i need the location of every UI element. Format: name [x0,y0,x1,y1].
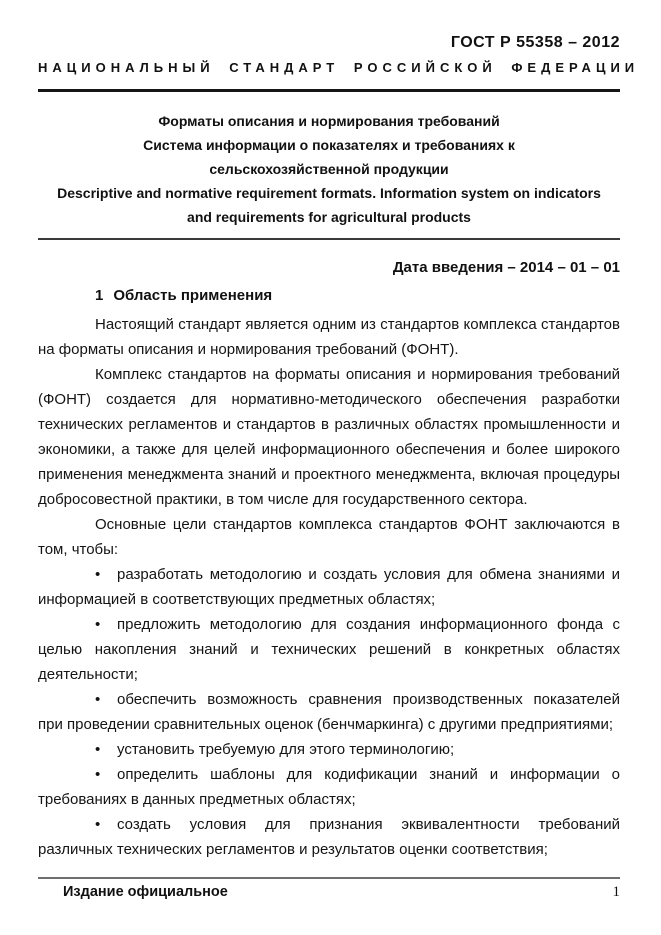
section-number: 1 [95,287,103,304]
bullet-item: •создать условия для признания эквивален… [38,812,620,862]
footer-note: Издание официальное [63,884,228,900]
paragraph: Настоящий стандарт является одним из ста… [38,312,620,362]
bullet-icon: • [95,812,117,837]
paragraph: Комплекс стандартов на форматы описания … [38,362,620,512]
page-number: 1 [613,884,621,901]
title-ru-line-2: Система информации о показателях и требо… [38,133,620,157]
title-ru-line-1: Форматы описания и нормирования требован… [38,109,620,133]
document-page: ГОСТ Р 55358 – 2012 НАЦИОНАЛЬНЫЙ СТАНДАР… [0,0,661,935]
bullet-icon: • [95,687,117,712]
title-block: Форматы описания и нормирования требован… [38,109,620,229]
title-en-line-2: and requirements for agricultural produc… [38,205,620,229]
header-rule [38,89,620,92]
paragraph: Основные цели стандартов комплекса станд… [38,512,620,562]
bullet-icon: • [95,562,117,587]
title-ru-line-3: сельскохозяйственной продукции [38,157,620,181]
bullet-text: создать условия для признания эквивалент… [38,816,620,858]
standard-type-label: НАЦИОНАЛЬНЫЙ СТАНДАРТ РОССИЙСКОЙ ФЕДЕРАЦ… [38,59,620,76]
bullet-item: •разработать методологию и создать услов… [38,562,620,612]
bullet-item: •определить шаблоны для кодификации знан… [38,762,620,812]
bullet-icon: • [95,612,117,637]
page-footer: Издание официальное 1 [38,877,620,901]
bullet-icon: • [95,762,117,787]
bullet-item: •установить требуемую для этого терминол… [38,737,620,762]
body-text: Настоящий стандарт является одним из ста… [38,312,620,862]
section-title: Область применения [113,287,272,304]
title-rule [38,238,620,240]
bullet-text: предложить методологию для создания инфо… [38,616,620,683]
title-en-line-1: Descriptive and normative requirement fo… [38,181,620,205]
introduction-date: Дата введения – 2014 – 01 – 01 [38,259,620,276]
bullet-item: •предложить методологию для создания инф… [38,612,620,687]
bullet-text: обеспечить возможность сравнения произво… [38,691,620,733]
bullet-text: определить шаблоны для кодификации знани… [38,766,620,808]
section-heading: 1Область применения [95,287,620,305]
bullet-icon: • [95,737,117,762]
bullet-item: •обеспечить возможность сравнения произв… [38,687,620,737]
doc-code: ГОСТ Р 55358 – 2012 [38,34,620,52]
bullet-text: установить требуемую для этого терминоло… [117,741,454,758]
bullet-text: разработать методологию и создать услови… [38,566,620,608]
